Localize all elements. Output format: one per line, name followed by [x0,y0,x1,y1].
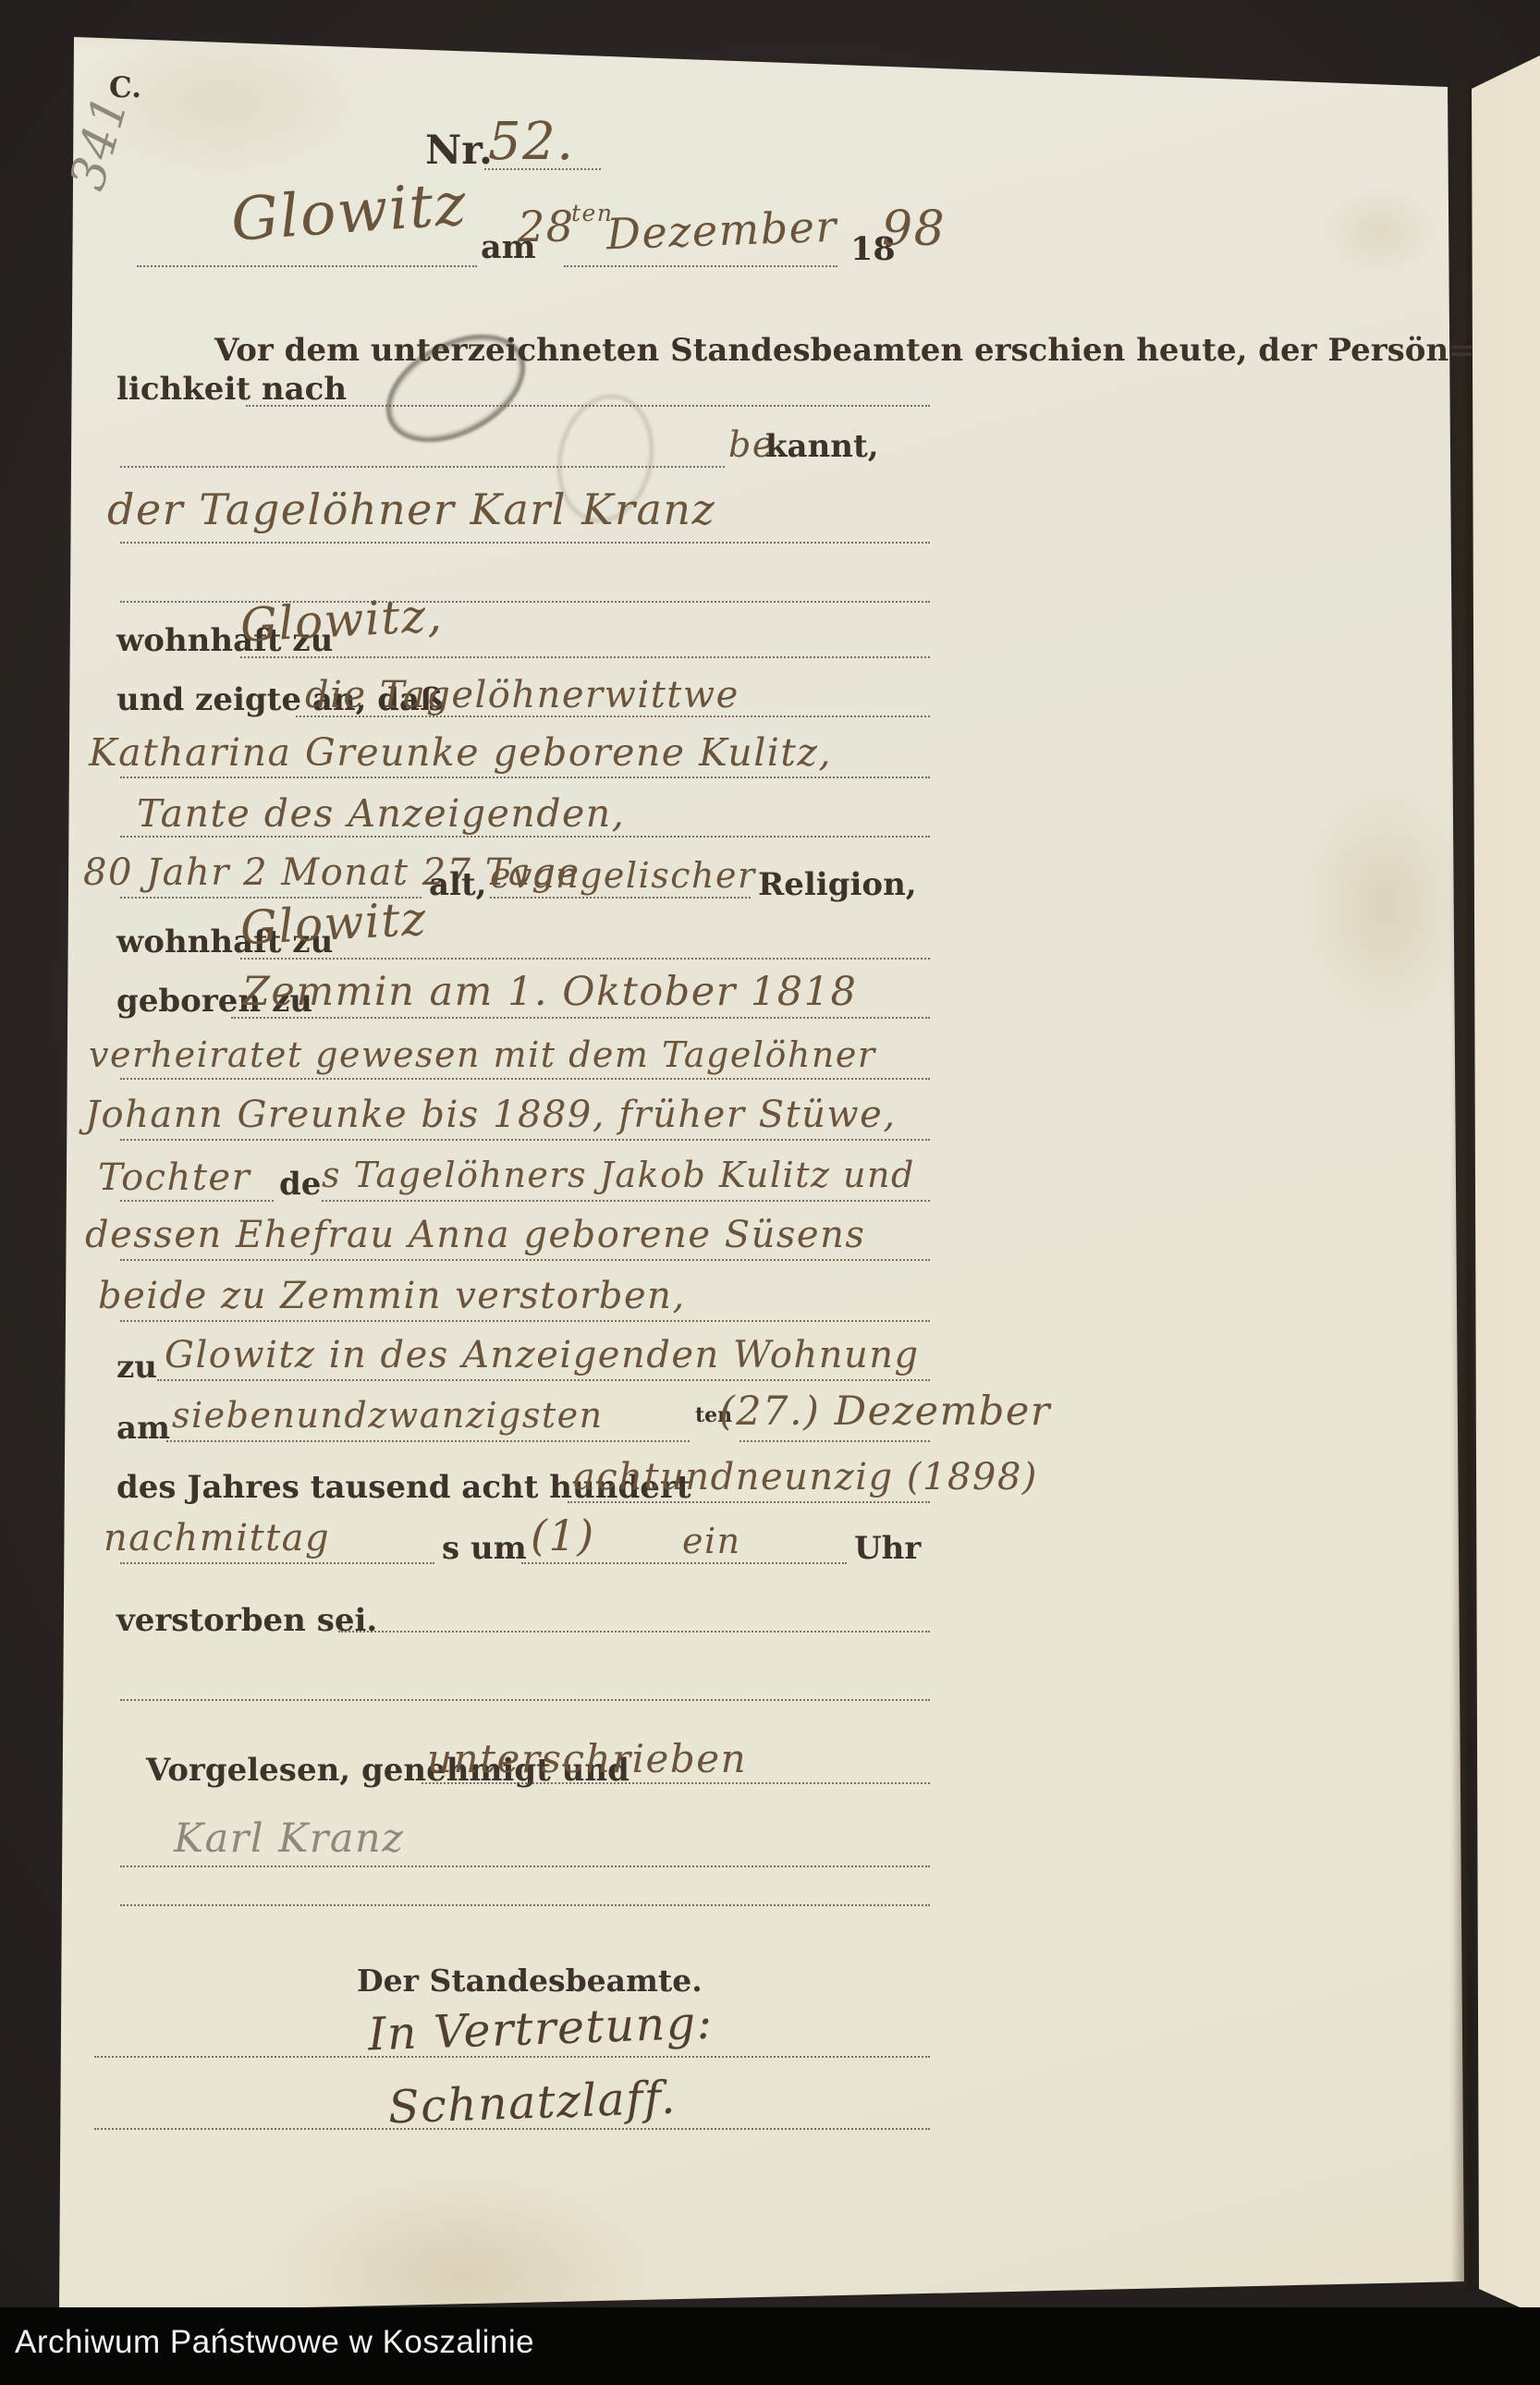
dotted-rule [120,836,930,838]
dotted-rule [120,1200,274,1202]
dotted-rule [739,1440,930,1442]
death-time-unit: Uhr [854,1533,921,1564]
dotted-rule [120,777,930,778]
marital-line-2: Johann Greunke bis 1889, früher Stüwe, [85,1096,897,1133]
dotted-rule [137,265,477,267]
dotted-rule [240,958,930,960]
dotted-rule [422,1782,930,1784]
archive-name: Archiwum Państwowe w Koszalinie [15,2324,534,2361]
death-place-label: zu [116,1351,157,1383]
parent-line-3: beide zu Zemmin verstorben, [98,1278,686,1315]
dotted-rule [338,1631,930,1633]
relation-entry: Tante des Anzeigenden, [137,795,625,833]
dotted-rule [484,168,601,170]
intro-line-1: Vor dem unterzeichneten Standesbeamten e… [214,335,1475,366]
dotted-rule [322,1200,930,1202]
archive-footer-bar: Archiwum Państwowe w Koszalinie [0,2307,1540,2385]
religion-entry: evangelischer [490,858,756,893]
death-day-label: am [116,1413,170,1444]
dotted-rule [490,897,751,899]
dotted-rule [166,1440,690,1442]
residence-value: Glowitz, [239,592,444,648]
dotted-rule [246,405,930,407]
dotted-rule [120,1320,930,1322]
year-written: 98 [882,205,946,253]
nr-value: 52. [488,116,575,168]
death-time-written: nachmittag [104,1520,330,1557]
declarant-signature: Karl Kranz [174,1819,404,1859]
death-year-value: achtundneunzig (1898) [573,1459,1038,1496]
religion-label: Religion, [758,869,917,900]
death-day-word: siebenundzwanzigsten [172,1398,604,1433]
residence2-value: Glowitz [239,896,428,951]
death-day-num: (27.) Dezember [719,1392,1051,1432]
marital-line-1: verheiratet gewesen mit dem Tagelöhner [89,1037,876,1072]
dotted-rule [157,1379,930,1381]
dotted-rule [296,715,930,717]
parent-de-printed: de [279,1168,321,1200]
dotted-rule [94,2128,930,2130]
dotted-rule [564,265,837,267]
death-hour-num: (1) [531,1514,595,1557]
dotted-rule [94,2056,930,2058]
dotted-rule [120,542,930,544]
pencil-margin-number: 341 [64,90,137,195]
dotted-rule [568,1501,930,1503]
death-time-printed: s um [442,1533,527,1564]
death-record-form: C. 341 Nr. 52. Glowitz am 28 ten Dezembe… [0,0,1540,2385]
report-value: die Tagelöhnerwittwe [305,677,739,714]
declarant-entry: der Tagelöhner Karl Kranz [107,488,715,531]
dotted-rule [120,1562,434,1564]
date-day: 28 [518,205,575,248]
death-hour-word: ein [682,1523,741,1559]
death-place-value: Glowitz in des Anzeigenden Wohnung [165,1337,920,1374]
parent-prefix: Tochter [98,1159,251,1196]
dotted-rule [120,466,725,468]
dotted-rule [120,1865,930,1867]
dotted-rule [240,656,930,658]
parent-line-2: dessen Ehefrau Anna geborene Süsens [85,1217,865,1254]
deceased-name-entry: Katharina Greunke geborene Kulitz, [89,734,832,772]
nr-label: Nr. [425,131,493,171]
dotted-rule [521,1562,847,1564]
registrar-title: Der Standesbeamte. [357,1965,703,1996]
dotted-rule [120,1904,930,1906]
dotted-rule [120,1139,930,1141]
intro-line-2: lichkeit nach [116,373,347,405]
known-printed: kannt, [765,431,879,462]
registrar-signature-1: In Vertretung: [367,2000,714,2057]
age-label: alt, [429,869,487,900]
dotted-rule [120,1699,930,1701]
dotted-rule [120,1259,930,1261]
birth-value: Zemmin am 1. Oktober 1818 [242,972,857,1012]
dotted-rule [120,1078,930,1080]
place-entry: Glowitz [229,175,469,251]
registrar-signature-2: Schnatzlaff. [387,2075,677,2131]
dotted-rule [231,1017,930,1019]
parent-rest: s Tagelöhners Jakob Kulitz und [322,1157,915,1192]
signed-word-entry: unterschrieben [427,1740,747,1779]
date-month: Dezember [605,205,837,256]
